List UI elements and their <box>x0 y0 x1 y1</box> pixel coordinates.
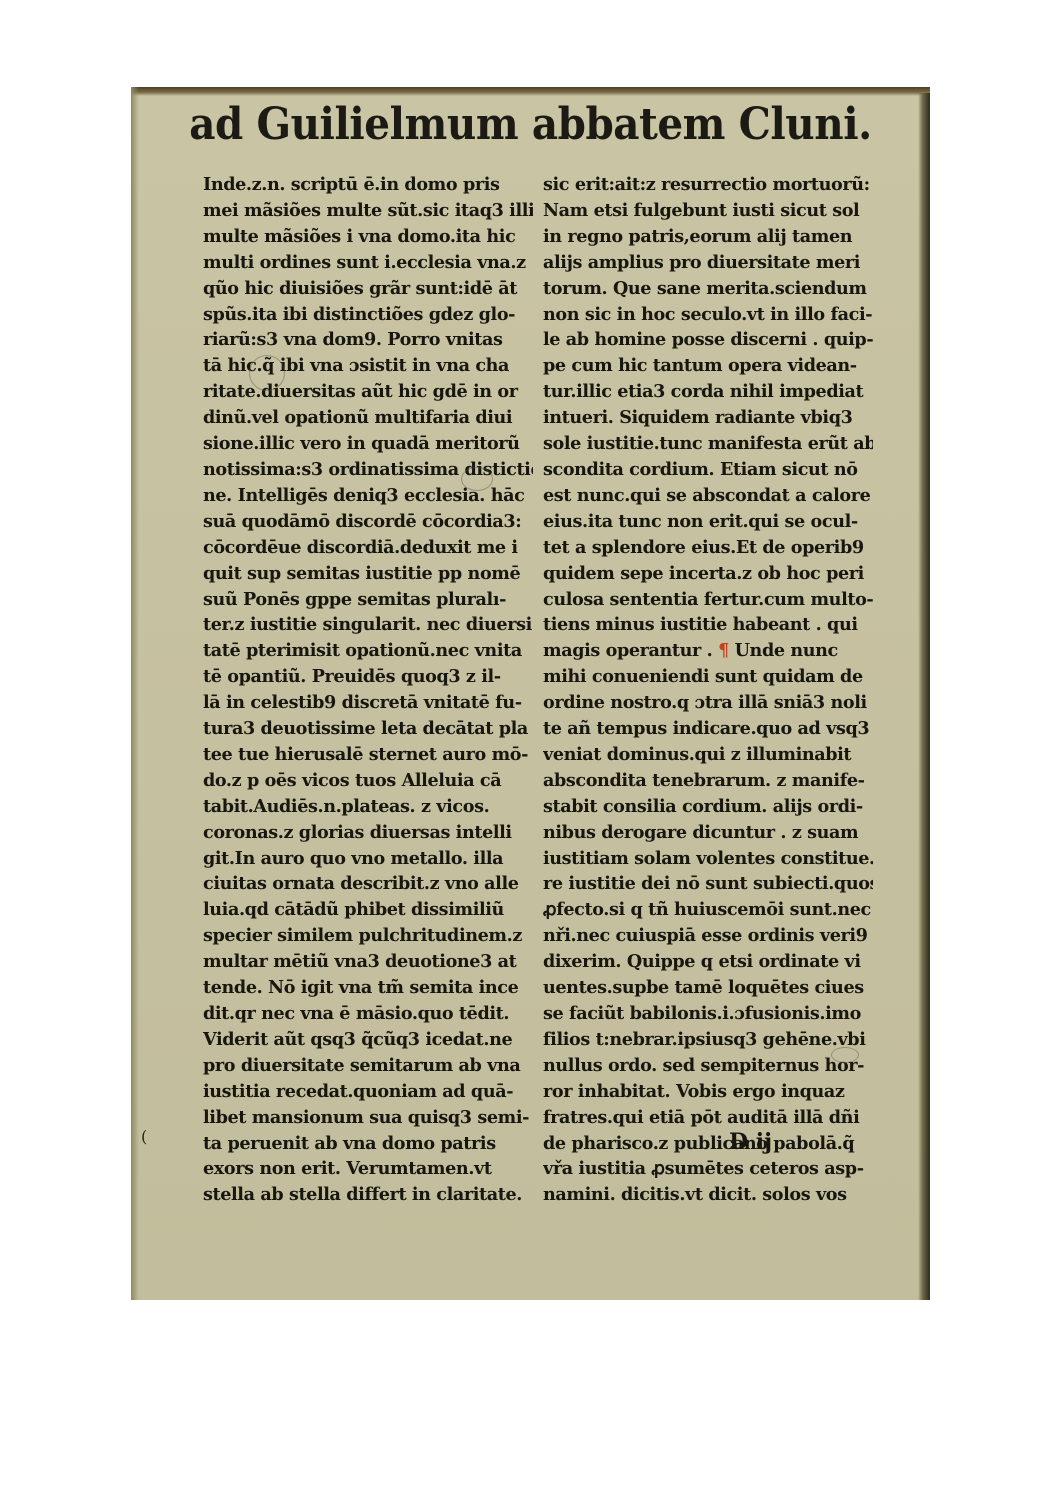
text-line: multi ordines sunt i.ecclesia vna.z <box>203 250 533 276</box>
text-line: iustitiam solam volentes constitue. <box>543 846 873 872</box>
text-line: abscondita tenebrarum. z manife- <box>543 768 873 794</box>
text-line: quit sup semitas iustitie pp nomē <box>203 561 533 587</box>
text-line: ordine nostro.q ɔtra illā sniā3 noli <box>543 690 873 716</box>
stamp-trace <box>461 467 493 491</box>
text-line: lā in celestib9 discretā vnitatē fu- <box>203 690 533 716</box>
text-line: tee tue hierusalē sternet auro mō- <box>203 742 533 768</box>
text-line: multe mãsiões i vna domo.ita hic <box>203 224 533 250</box>
text-line: scondita cordium. Etiam sicut nō <box>543 457 873 483</box>
stamp-trace <box>249 355 285 391</box>
text-line: alijs amplius pro diuersitate meri <box>543 250 873 276</box>
text-line: stabit consilia cordium. alijs ordi- <box>543 794 873 820</box>
text-line: fratres.qui etiā pōt auditā illā dñi <box>543 1105 873 1131</box>
text-line: tē opantiũ. Preuidēs quoq3 z il- <box>203 664 533 690</box>
text-line: multar mētiũ vna3 deuotione3 at <box>203 949 533 975</box>
text-line: torum. Que sane merita.sciendum <box>543 276 873 302</box>
text-line: te añ tempus indicare.quo ad vsq3 <box>543 716 873 742</box>
text-line: mihi conueniendi sunt quidam de <box>543 664 873 690</box>
text-line: pro diuersitate semitarum ab vna <box>203 1053 533 1079</box>
text-line: intueri. Siquidem radiante vbiq3 <box>543 405 873 431</box>
text-line: tet a splendore eius.Et de operib9 <box>543 535 873 561</box>
page-left-edge <box>131 87 139 1300</box>
text-line: in regno patris,eorum alij tamen <box>543 224 873 250</box>
text-line: dixerim. Quippe q etsi ordinate vi <box>543 949 873 975</box>
text-line: cōcordēue discordiā.deduxit me i <box>203 535 533 561</box>
text-line: pe cum hic tantum opera videan- <box>543 353 873 379</box>
running-head: ad Guilielmum abbatem Cluni. <box>163 99 898 150</box>
text-line: est nunc.qui se abscondat a calore <box>543 483 873 509</box>
ink-speck: ( <box>141 1127 147 1146</box>
text-line: sione.illic vero in quadā meritorũ <box>203 431 533 457</box>
text-line: tabit.Audiēs.n.plateas. z vicos. <box>203 794 533 820</box>
text-line: stella ab stella differt in claritate. <box>203 1182 533 1208</box>
text-line: luia.qd cātādũ phibet dissimiliũ <box>203 897 533 923</box>
text-line: specier similem pulchritudinem.z <box>203 923 533 949</box>
text-line: veniat dominus.qui z illuminabit <box>543 742 873 768</box>
text-line: filios t:nebrar.ipsiusq3 gehēne.vbi <box>543 1027 873 1053</box>
text-line: ꝓfecto.si q tñ huiuscemōi sunt.nec <box>543 897 873 923</box>
text-line: ciuitas ornata describit.z vno alle <box>203 871 533 897</box>
text-line: do.z p oēs vicos tuos Alleluia cā <box>203 768 533 794</box>
text-line: libet mansionum sua quisq3 semi- <box>203 1105 533 1131</box>
text-line: nullus ordo. sed sempiternus hor- <box>543 1053 873 1079</box>
text-line: quidem sepe incerta.z ob hoc peri <box>543 561 873 587</box>
text-line: magis operantur . ¶ Unde nunc <box>543 638 873 664</box>
signature-mark: D ij <box>729 1129 772 1155</box>
text-line: de pharisco.z publicano pabolā.q̃ <box>543 1131 873 1157</box>
scanned-page: ad Guilielmum abbatem Cluni. Inde.z.n. s… <box>131 87 930 1300</box>
text-line: exors non erit. Verumtamen.vt <box>203 1156 533 1182</box>
text-line: tatē pterimisit opationũ.nec vnita <box>203 638 533 664</box>
text-line: spũs.ita ibi distinctiões gdez glo- <box>203 302 533 328</box>
text-line: git.In auro quo vno metallo. illa <box>203 846 533 872</box>
text-line: ta peruenit ab vna domo patris <box>203 1131 533 1157</box>
text-line: ror inhabitat. Vobis ergo inquaz <box>543 1079 873 1105</box>
text-line: tiens minus iustitie habeant . qui <box>543 612 873 638</box>
text-line: Nam etsi fulgebunt iusti sicut sol <box>543 198 873 224</box>
text-line: re iustitie dei nō sunt subiecti.quos <box>543 871 873 897</box>
text-line: mei mãsiões multe sũt.sic itaq3 illic <box>203 198 533 224</box>
text-line: coronas.z glorias diuersas intelli <box>203 820 533 846</box>
text-line: le ab homine posse discerni . quip- <box>543 327 873 353</box>
text-line: riarũ:s3 vna dom9. Porro vnitas <box>203 327 533 353</box>
text-line: se faciũt babilonis.i.ɔfusionis.imo <box>543 1001 873 1027</box>
text-line: eius.ita tunc non erit.qui se ocul- <box>543 509 873 535</box>
text-line: non sic in hoc seculo.vt in illo faci- <box>543 302 873 328</box>
text-line: tura3 deuotissime leta decātat pla <box>203 716 533 742</box>
text-line: dit.qr nec vna ē māsio.quo tēdit. <box>203 1001 533 1027</box>
stamp-trace <box>831 1047 859 1063</box>
text-line: sole iustitie.tunc manifesta erũt ab <box>543 431 873 457</box>
text-line: sic erit:ait:z resurrectio mortuorũ: <box>543 172 873 198</box>
text-line: tende. Nō igit vna tm̃ semita ince <box>203 975 533 1001</box>
text-line: vřa iustitia ꝓsumētes ceteros asp- <box>543 1156 873 1182</box>
text-line: namini. dicitis.vt dicit. solos vos <box>543 1182 873 1208</box>
text-column-left: Inde.z.n. scriptū ē.in domo prismei mãsi… <box>203 172 533 1208</box>
text-line: uentes.supbe tamē loquētes ciues <box>543 975 873 1001</box>
text-line: nibus derogare dicuntur . z suam <box>543 820 873 846</box>
text-line: suā quodāmō discordē cōcordia3: <box>203 509 533 535</box>
text-line: Viderit aũt qsq3 q̃cũq3 icedat.ne <box>203 1027 533 1053</box>
rubricated-paragraph-mark: ¶ <box>718 640 729 661</box>
text-column-right: sic erit:ait:z resurrectio mortuorũ:Nam … <box>543 172 873 1208</box>
text-line: tur.illic etia3 corda nihil impediat <box>543 379 873 405</box>
text-line: nři.nec cuiuspiā esse ordinis veri9 <box>543 923 873 949</box>
text-line: suũ Ponēs gppe semitas pluralı- <box>203 587 533 613</box>
text-line: iustitia recedat.quoniam ad quā- <box>203 1079 533 1105</box>
text-line: culosa sententia fertur.cum multo- <box>543 587 873 613</box>
text-line: Inde.z.n. scriptū ē.in domo pris <box>203 172 533 198</box>
text-line: qũo hic diuisiões grãr sunt:idē āt <box>203 276 533 302</box>
text-line: ter.z iustitie singularit. nec diuersi <box>203 612 533 638</box>
text-line: dinũ.vel opationũ multifaria diui <box>203 405 533 431</box>
